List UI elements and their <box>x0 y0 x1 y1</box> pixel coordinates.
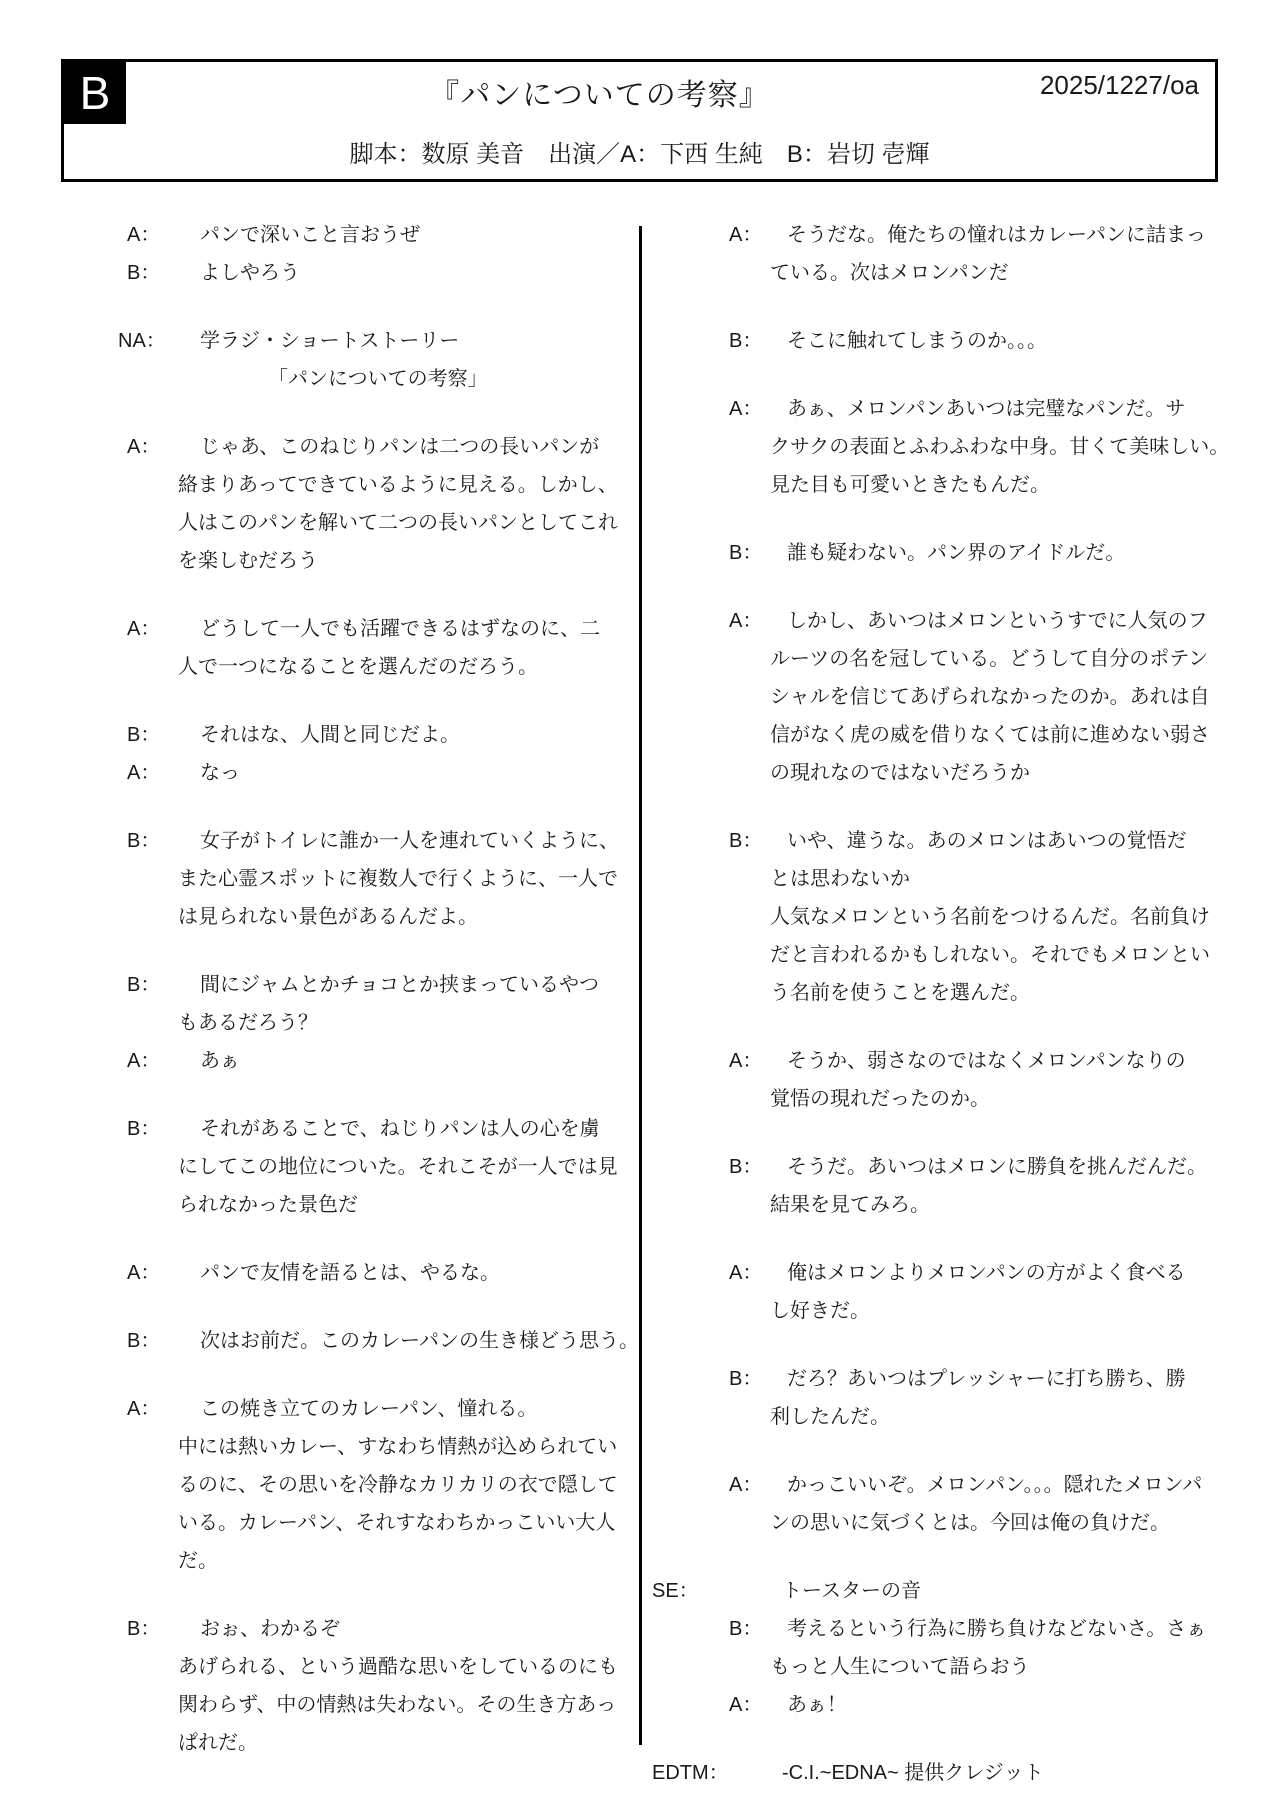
speech-row: A：じゃあ、このねじりパンは二つの長いパンが絡まりあってできているように見える。… <box>118 428 643 580</box>
speech-line: う名前を使うことを選んだ。 <box>770 974 1225 1012</box>
speech-text: どうして一人でも活躍できるはずなのに、二人で一つになることを選んだのだろう。 <box>178 610 643 686</box>
credits-line: 脚本：数原 美音 出演／A：下西 生純 B：岩切 壱輝 <box>64 134 1215 169</box>
speech-line: 覚悟の現れだったのか。 <box>770 1080 1225 1118</box>
speech-line: 人で一つになることを選んだのだろう。 <box>178 648 643 686</box>
speech-text: おぉ、わかるぞあげられる、という過酷な思いをしているのにも関わらず、中の情熱は失… <box>178 1610 643 1762</box>
speech-row: A：かっこいいぞ。メロンパン。。。隠れたメロンパンの思いに気づくとは。今回は俺の… <box>640 1466 1225 1542</box>
speech-line: それがあることで、ねじりパンは人の心を虜 <box>178 1110 643 1148</box>
speaker-label: A： <box>729 602 770 792</box>
speech-line: とは思わないか <box>770 860 1225 898</box>
speaker-label: A： <box>729 1466 770 1542</box>
page-title: 『パンについての考察』 <box>64 70 1135 114</box>
speaker-label: B： <box>118 254 178 292</box>
speech-line: ぱれだ。 <box>178 1724 643 1762</box>
speech-line: パンで深いこと言おうぜ <box>178 216 643 254</box>
speech-text: 間にジャムとかチョコとか挟まっているやつもあるだろう？ <box>178 966 643 1042</box>
cue-row: EDTM：-C.I.~EDNA~ 提供クレジット <box>640 1754 1225 1792</box>
speech-text: 誰も疑わない。パン界のアイドルだ。 <box>770 534 1225 572</box>
speech-row: B：考えるという行為に勝ち負けなどないさ。さぁもっと人生について語らおう <box>640 1610 1225 1686</box>
speech-line: し好きだ。 <box>770 1292 1225 1330</box>
speech-line: 考えるという行為に勝ち負けなどないさ。さぁ <box>770 1610 1225 1648</box>
speaker-label: B： <box>118 966 178 1042</box>
speech-line: そうだ。あいつはメロンに勝負を挑んだんだ。 <box>770 1148 1225 1186</box>
speech-line: 「パンについての考察」 <box>178 360 643 398</box>
speaker-label: A： <box>729 390 770 504</box>
speaker-label: A： <box>729 1254 770 1330</box>
speech-line: 絡まりあってできているように見える。しかし、 <box>178 466 643 504</box>
speaker-label: A： <box>118 610 178 686</box>
speech-row: B：だろ？あいつはプレッシャーに打ち勝ち、勝利したんだ。 <box>640 1360 1225 1436</box>
speech-line: だろ？あいつはプレッシャーに打ち勝ち、勝 <box>770 1360 1225 1398</box>
speech-text: そうだな。俺たちの憧れはカレーパンに詰まっている。次はメロンパンだ <box>770 216 1225 292</box>
speech-line: それはな、人間と同じだよ。 <box>178 716 643 754</box>
speech-text: この焼き立てのカレーパン、憧れる。中には熱いカレー、すなわち情熱が込められている… <box>178 1390 643 1580</box>
speech-row: NA：学ラジ・ショートストーリー 「パンについての考察」 <box>118 322 643 398</box>
speech-text: だろ？あいつはプレッシャーに打ち勝ち、勝利したんだ。 <box>770 1360 1225 1436</box>
speech-line: ている。次はメロンパンだ <box>770 254 1225 292</box>
speech-text: そうだ。あいつはメロンに勝負を挑んだんだ。結果を見てみろ。 <box>770 1148 1225 1224</box>
speech-text: 学ラジ・ショートストーリー 「パンについての考察」 <box>178 322 643 398</box>
speech-text: あぁ！ <box>770 1686 1225 1724</box>
speech-text: パンで深いこと言おうぜ <box>178 216 643 254</box>
speech-line: しかし、あいつはメロンというすでに人気のフ <box>770 602 1225 640</box>
speech-row: A：あぁ！ <box>640 1686 1225 1724</box>
speaker-label: B： <box>118 716 178 754</box>
speaker-label: A： <box>118 1042 178 1080</box>
speech-row: A：俺はメロンよりメロンパンの方がよく食べるし好きだ。 <box>640 1254 1225 1330</box>
speech-text: トースターの音 <box>770 1572 1225 1610</box>
speech-line: は見られない景色があるんだよ。 <box>178 898 643 936</box>
speech-line: よしやろう <box>178 254 643 292</box>
speaker-label: A： <box>118 1390 178 1580</box>
speech-text: 次はお前だ。このカレーパンの生き様どう思う。 <box>178 1322 643 1360</box>
speech-line: もあるだろう？ <box>178 1004 643 1042</box>
speech-text: じゃあ、このねじりパンは二つの長いパンが絡まりあってできているように見える。しか… <box>178 428 643 580</box>
speech-row: A：そうか、弱さなのではなくメロンパンなりの覚悟の現れだったのか。 <box>640 1042 1225 1118</box>
speech-line: 見た目も可愛いときたもんだ。 <box>770 466 1225 504</box>
speech-line: を楽しむだろう <box>178 542 643 580</box>
speech-line: そうか、弱さなのではなくメロンパンなりの <box>770 1042 1225 1080</box>
speech-line: 学ラジ・ショートストーリー <box>178 322 643 360</box>
script-page: B 『パンについての考察』 2025/1227/oa 脚本：数原 美音 出演／A… <box>0 0 1280 1809</box>
speech-text: あぁ、メロンパンあいつは完璧なパンだ。サクサクの表面とふわふわな中身。甘くて美味… <box>770 390 1225 504</box>
speech-text: そこに触れてしまうのか。。。 <box>770 322 1225 360</box>
speech-line: 女子がトイレに誰か一人を連れていくように、 <box>178 822 643 860</box>
speaker-label: B： <box>118 1322 178 1360</box>
speech-line: -C.I.~EDNA~ 提供クレジット <box>770 1754 1225 1792</box>
speech-line: にしてこの地位についた。それこそが一人では見 <box>178 1148 643 1186</box>
speech-line: の現れなのではないだろうか <box>770 754 1225 792</box>
speech-text: あぁ <box>178 1042 643 1080</box>
speaker-label: B： <box>118 1610 178 1762</box>
speech-line: この焼き立てのカレーパン、憧れる。 <box>178 1390 643 1428</box>
speech-line: シャルを信じてあげられなかったのか。あれは自 <box>770 678 1225 716</box>
air-date: 2025/1227/oa <box>1040 70 1199 101</box>
speech-text: それはな、人間と同じだよ。 <box>178 716 643 754</box>
speech-line: クサクの表面とふわふわな中身。甘くて美味しい。 <box>770 428 1225 466</box>
speech-line: 中には熱いカレー、すなわち情熱が込められてい <box>178 1428 643 1466</box>
speech-line: だと言われるかもしれない。それでもメロンとい <box>770 936 1225 974</box>
speech-row: B：おぉ、わかるぞあげられる、という過酷な思いをしているのにも関わらず、中の情熱… <box>118 1610 643 1762</box>
speech-text: 女子がトイレに誰か一人を連れていくように、また心霊スポットに複数人で行くように、… <box>178 822 643 936</box>
speech-row: B：誰も疑わない。パン界のアイドルだ。 <box>640 534 1225 572</box>
speech-line: パンで友情を語るとは、やるな。 <box>178 1254 643 1292</box>
header-box: B 『パンについての考察』 2025/1227/oa 脚本：数原 美音 出演／A… <box>61 59 1218 182</box>
speech-line: あげられる、という過酷な思いをしているのにも <box>178 1648 643 1686</box>
speaker-label: A： <box>729 1686 770 1724</box>
speech-row: B：それがあることで、ねじりパンは人の心を虜にしてこの地位についた。それこそが一… <box>118 1110 643 1224</box>
speech-row: B：そうだ。あいつはメロンに勝負を挑んだんだ。結果を見てみろ。 <box>640 1148 1225 1224</box>
speaker-label: A： <box>729 216 770 292</box>
speech-row: A：どうして一人でも活躍できるはずなのに、二人で一つになることを選んだのだろう。 <box>118 610 643 686</box>
speaker-label: NA： <box>118 322 178 398</box>
speaker-label: B： <box>729 1360 770 1436</box>
speech-row: B：女子がトイレに誰か一人を連れていくように、また心霊スポットに複数人で行くよう… <box>118 822 643 936</box>
speech-line: 結果を見てみろ。 <box>770 1186 1225 1224</box>
speech-line: あぁ <box>178 1042 643 1080</box>
speech-line: また心霊スポットに複数人で行くように、一人で <box>178 860 643 898</box>
speaker-label: A： <box>118 216 178 254</box>
speaker-label: B： <box>118 822 178 936</box>
speech-line: るのに、その思いを冷静なカリカリの衣で隠して <box>178 1466 643 1504</box>
speech-line: 俺はメロンよりメロンパンの方がよく食べる <box>770 1254 1225 1292</box>
speech-text: しかし、あいつはメロンというすでに人気のフルーツの名を冠している。どうして自分の… <box>770 602 1225 792</box>
speech-row: B：そこに触れてしまうのか。。。 <box>640 322 1225 360</box>
speech-line: そうだな。俺たちの憧れはカレーパンに詰まっ <box>770 216 1225 254</box>
speech-line: あぁ！ <box>770 1686 1225 1724</box>
speaker-label: B： <box>729 1610 770 1686</box>
speech-text: それがあることで、ねじりパンは人の心を虜にしてこの地位についた。それこそが一人で… <box>178 1110 643 1224</box>
speaker-label: SE： <box>652 1572 770 1610</box>
speech-line: おぉ、わかるぞ <box>178 1610 643 1648</box>
speaker-label: A： <box>118 428 178 580</box>
speech-line: られなかった景色だ <box>178 1186 643 1224</box>
speech-text: よしやろう <box>178 254 643 292</box>
speech-row: B：それはな、人間と同じだよ。 <box>118 716 643 754</box>
speech-line: いや、違うな。あのメロンはあいつの覚悟だ <box>770 822 1225 860</box>
speech-line: そこに触れてしまうのか。。。 <box>770 322 1225 360</box>
speech-text: 俺はメロンよりメロンパンの方がよく食べるし好きだ。 <box>770 1254 1225 1330</box>
speech-line: 誰も疑わない。パン界のアイドルだ。 <box>770 534 1225 572</box>
speaker-label: A： <box>118 754 178 792</box>
speech-row: B：次はお前だ。このカレーパンの生き様どう思う。 <box>118 1322 643 1360</box>
speech-row: A：そうだな。俺たちの憧れはカレーパンに詰まっている。次はメロンパンだ <box>640 216 1225 292</box>
speech-line: 次はお前だ。このカレーパンの生き様どう思う。 <box>178 1322 643 1360</box>
speech-line: 間にジャムとかチョコとか挟まっているやつ <box>178 966 643 1004</box>
speech-line: なっ <box>178 754 643 792</box>
speaker-label: A： <box>118 1254 178 1292</box>
speech-text: 考えるという行為に勝ち負けなどないさ。さぁもっと人生について語らおう <box>770 1610 1225 1686</box>
speech-text: パンで友情を語るとは、やるな。 <box>178 1254 643 1292</box>
speech-text: いや、違うな。あのメロンはあいつの覚悟だとは思わないか人気なメロンという名前をつ… <box>770 822 1225 1012</box>
speech-row: B：間にジャムとかチョコとか挟まっているやつもあるだろう？ <box>118 966 643 1042</box>
speech-row: B：よしやろう <box>118 254 643 292</box>
speech-row: A：しかし、あいつはメロンというすでに人気のフルーツの名を冠している。どうして自… <box>640 602 1225 792</box>
speech-row: A：パンで深いこと言おうぜ <box>118 216 643 254</box>
speech-row: A：なっ <box>118 754 643 792</box>
speech-text: そうか、弱さなのではなくメロンパンなりの覚悟の現れだったのか。 <box>770 1042 1225 1118</box>
speech-line: あぁ、メロンパンあいつは完璧なパンだ。サ <box>770 390 1225 428</box>
cue-row: SE：トースターの音 <box>640 1572 1225 1610</box>
speaker-label: B： <box>729 822 770 1012</box>
speech-line: 関わらず、中の情熱は失わない。その生き方あっ <box>178 1686 643 1724</box>
speech-row: A：あぁ <box>118 1042 643 1080</box>
speech-line: ルーツの名を冠している。どうして自分のポテン <box>770 640 1225 678</box>
speech-row: B：いや、違うな。あのメロンはあいつの覚悟だとは思わないか人気なメロンという名前… <box>640 822 1225 1012</box>
speech-line: ンの思いに気づくとは。今回は俺の負けだ。 <box>770 1504 1225 1542</box>
speech-line: 信がなく虎の威を借りなくては前に進めない弱さ <box>770 716 1225 754</box>
speech-line: 人はこのパンを解いて二つの長いパンとしてこれ <box>178 504 643 542</box>
speech-text: かっこいいぞ。メロンパン。。。隠れたメロンパンの思いに気づくとは。今回は俺の負け… <box>770 1466 1225 1542</box>
speech-row: A：パンで友情を語るとは、やるな。 <box>118 1254 643 1292</box>
left-column: A：パンで深いこと言おうぜB：よしやろうNA：学ラジ・ショートストーリー 「パン… <box>118 216 643 1762</box>
speaker-label: A： <box>729 1042 770 1118</box>
speech-line: いる。カレーパン、それすなわちかっこいい大人 <box>178 1504 643 1542</box>
speech-row: A：この焼き立てのカレーパン、憧れる。中には熱いカレー、すなわち情熱が込められて… <box>118 1390 643 1580</box>
speaker-label: B： <box>729 1148 770 1224</box>
speech-text: なっ <box>178 754 643 792</box>
speech-text: -C.I.~EDNA~ 提供クレジット <box>770 1754 1225 1792</box>
speech-line: もっと人生について語らおう <box>770 1648 1225 1686</box>
speaker-label: B： <box>729 322 770 360</box>
speech-line: 人気なメロンという名前をつけるんだ。名前負け <box>770 898 1225 936</box>
speech-line: かっこいいぞ。メロンパン。。。隠れたメロンパ <box>770 1466 1225 1504</box>
right-column: A：そうだな。俺たちの憧れはカレーパンに詰まっている。次はメロンパンだB：そこに… <box>640 216 1225 1792</box>
speech-line: トースターの音 <box>770 1572 1225 1610</box>
speech-line: じゃあ、このねじりパンは二つの長いパンが <box>178 428 643 466</box>
speaker-label: B： <box>118 1110 178 1224</box>
speech-line: どうして一人でも活躍できるはずなのに、二 <box>178 610 643 648</box>
speaker-label: EDTM： <box>652 1754 770 1792</box>
speech-line: 利したんだ。 <box>770 1398 1225 1436</box>
speech-line: だ。 <box>178 1542 643 1580</box>
speaker-label: B： <box>729 534 770 572</box>
speech-row: A：あぁ、メロンパンあいつは完璧なパンだ。サクサクの表面とふわふわな中身。甘くて… <box>640 390 1225 504</box>
